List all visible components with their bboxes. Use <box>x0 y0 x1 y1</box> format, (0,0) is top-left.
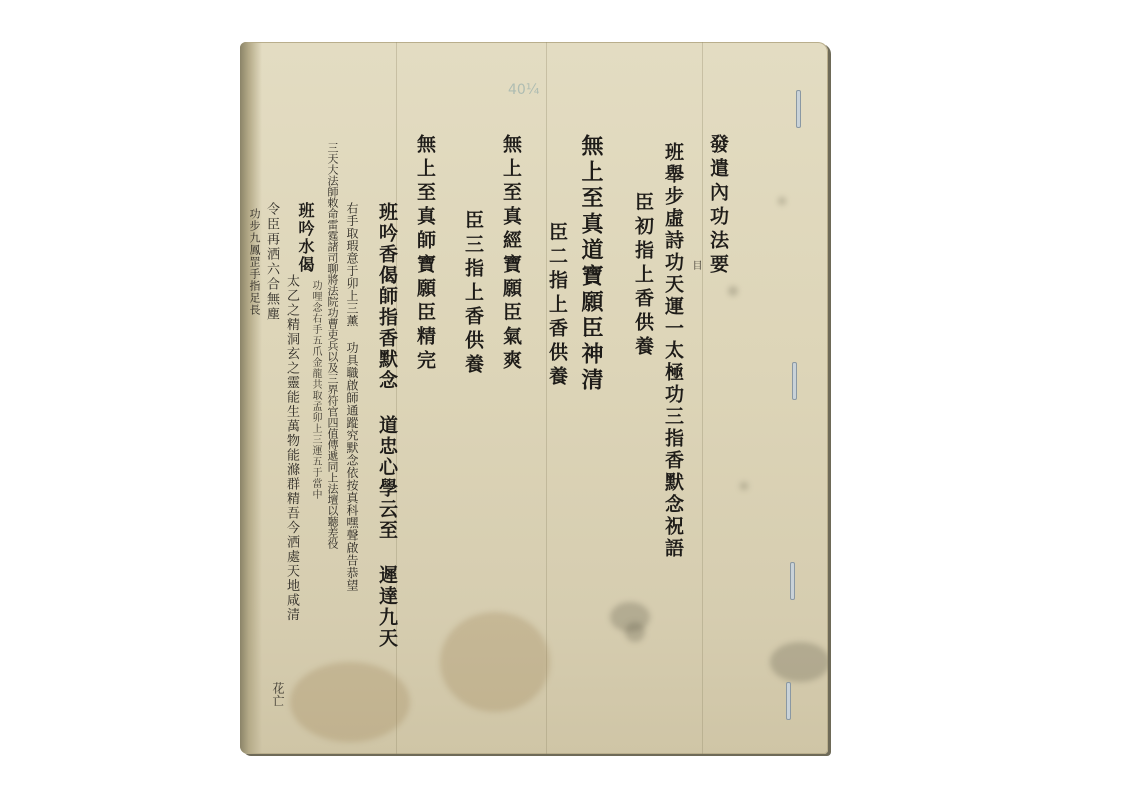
water-stain <box>440 612 550 712</box>
text-column: 臣三指上香供養 <box>460 210 487 378</box>
text-column-subnote: 功哩念右手五爪金龍共取孟卯上三運五于當中 <box>308 280 323 500</box>
marginal-note: 花亡 <box>270 682 287 707</box>
binding-staple <box>790 562 795 600</box>
annotation: 目 <box>688 260 703 271</box>
title-column: 發遣內功法要 <box>705 134 732 278</box>
text-column: 臣初指上香供養 <box>630 192 657 360</box>
text-column: 無上至真師寶願臣精完 <box>412 134 439 374</box>
binding-staple <box>786 682 791 720</box>
binding-staple <box>792 362 797 400</box>
text-column: 班舉步虛詩功天運一太極功三指香默念祝語 <box>660 142 687 560</box>
worm-hole <box>728 286 738 296</box>
water-stain <box>290 662 410 742</box>
text-column: 班吟香偈師指香默念 道忠心學云至 遲達九天 <box>374 202 401 649</box>
binding-staple <box>796 90 801 128</box>
page-fold-line <box>702 42 703 754</box>
text-column: 臣二指上香供養 <box>544 222 571 390</box>
text-column: 無上至真道寶願臣神清 <box>576 134 607 394</box>
text-column: 班吟水偈 <box>294 202 317 274</box>
text-column: 功步九鳳罡手指足長 <box>246 208 262 316</box>
text-column: 三天大法師敕命雷霆諸司聊將法院功曹吏兵以及三界符官四值傳遞同上法壇以聽差役 <box>324 142 340 549</box>
text-column: 無上至真經寶願臣氣爽 <box>498 134 525 374</box>
worm-hole <box>740 482 748 490</box>
manuscript-page: 40¼ 發遣內功法要 班舉步虛詩功天運一太極功三指香默念祝語 目 臣初指上香供養… <box>240 42 828 754</box>
text-column: 令臣再洒六合無塵 <box>262 202 281 322</box>
text-column: 太乙之精洞玄之靈能生萬物能滌群精吾今洒處天地咸清 <box>282 274 301 622</box>
text-column: 右手取瑕意于卯上三薰 功具職啟師通蹤究默念依按真科嘿聲啟告恭望 <box>344 202 361 592</box>
faint-page-number: 40¼ <box>508 82 539 98</box>
worm-hole <box>778 197 786 205</box>
ink-stain <box>625 622 645 642</box>
water-stain <box>770 642 828 682</box>
